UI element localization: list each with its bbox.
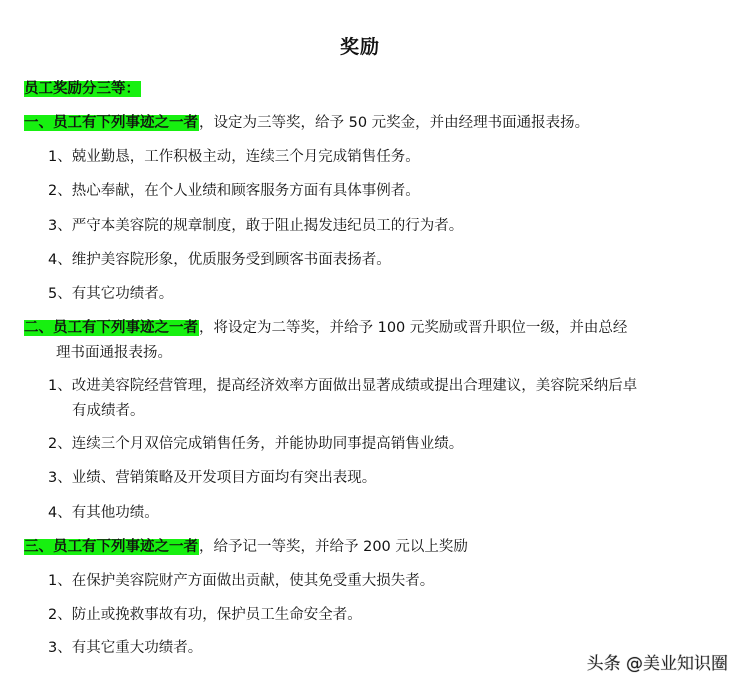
section-2-item-2: 2、连续三个月双倍完成销售任务，并能协助同事提高销售业绩。 bbox=[48, 433, 463, 455]
section-2-item-3: 3、业绩、营销策略及开发项目方面均有突出表现。 bbox=[48, 467, 376, 489]
section-2-heading-continuation: 理书面通报表扬。 bbox=[56, 342, 172, 364]
section-1-heading-text: ，设定为三等奖，给予 50 元奖金，并由经理书面通报表扬。 bbox=[199, 115, 589, 131]
section-3-heading-text: ，给予记一等奖，并给予 200 元以上奖励 bbox=[199, 539, 468, 555]
section-2-heading: 二、员工有下列事迹之一者，将设定为二等奖，并给予 100 元奖励或晋升职位一级，… bbox=[24, 317, 627, 339]
intro-highlight: 员工奖励分三等： bbox=[24, 81, 141, 97]
section-3-item-2: 2、防止或挽救事故有功，保护员工生命安全者。 bbox=[48, 604, 362, 626]
document-title: 奖励 bbox=[0, 32, 720, 59]
section-1-item-5: 5、有其它功绩者。 bbox=[48, 283, 173, 305]
section-1-item-1: 1、兢业勤恳，工作积极主动，连续三个月完成销售任务。 bbox=[48, 146, 420, 168]
section-1-heading-highlight: 一、员工有下列事迹之一者 bbox=[24, 115, 199, 131]
section-2-item-1-continuation: 有成绩者。 bbox=[72, 400, 145, 422]
watermark: 头条 @美业知识圈 bbox=[587, 649, 728, 674]
section-3-heading: 三、员工有下列事迹之一者，给予记一等奖，并给予 200 元以上奖励 bbox=[24, 536, 468, 558]
section-1-heading: 一、员工有下列事迹之一者，设定为三等奖，给予 50 元奖金，并由经理书面通报表扬… bbox=[24, 112, 589, 134]
section-2-heading-text: ，将设定为二等奖，并给予 100 元奖励或晋升职位一级，并由总经 bbox=[199, 320, 627, 336]
section-2-item-4: 4、有其他功绩。 bbox=[48, 502, 159, 524]
section-3-heading-highlight: 三、员工有下列事迹之一者 bbox=[24, 539, 199, 555]
section-2-heading-highlight: 二、员工有下列事迹之一者 bbox=[24, 320, 199, 336]
section-1-item-2: 2、热心奉献，在个人业绩和顾客服务方面有具体事例者。 bbox=[48, 180, 420, 202]
intro-line: 员工奖励分三等： bbox=[24, 78, 141, 100]
section-3-item-1: 1、在保护美容院财产方面做出贡献，使其免受重大损失者。 bbox=[48, 570, 434, 592]
section-1-item-4: 4、维护美容院形象，优质服务受到顾客书面表扬者。 bbox=[48, 249, 391, 271]
section-3-item-3: 3、有其它重大功绩者。 bbox=[48, 637, 202, 659]
section-1-item-3: 3、严守本美容院的规章制度，敢于阻止揭发违纪员工的行为者。 bbox=[48, 215, 463, 237]
section-2-item-1: 1、改进美容院经营管理，提高经济效率方面做出显著成绩或提出合理建议，美容院采纳后… bbox=[48, 375, 637, 397]
